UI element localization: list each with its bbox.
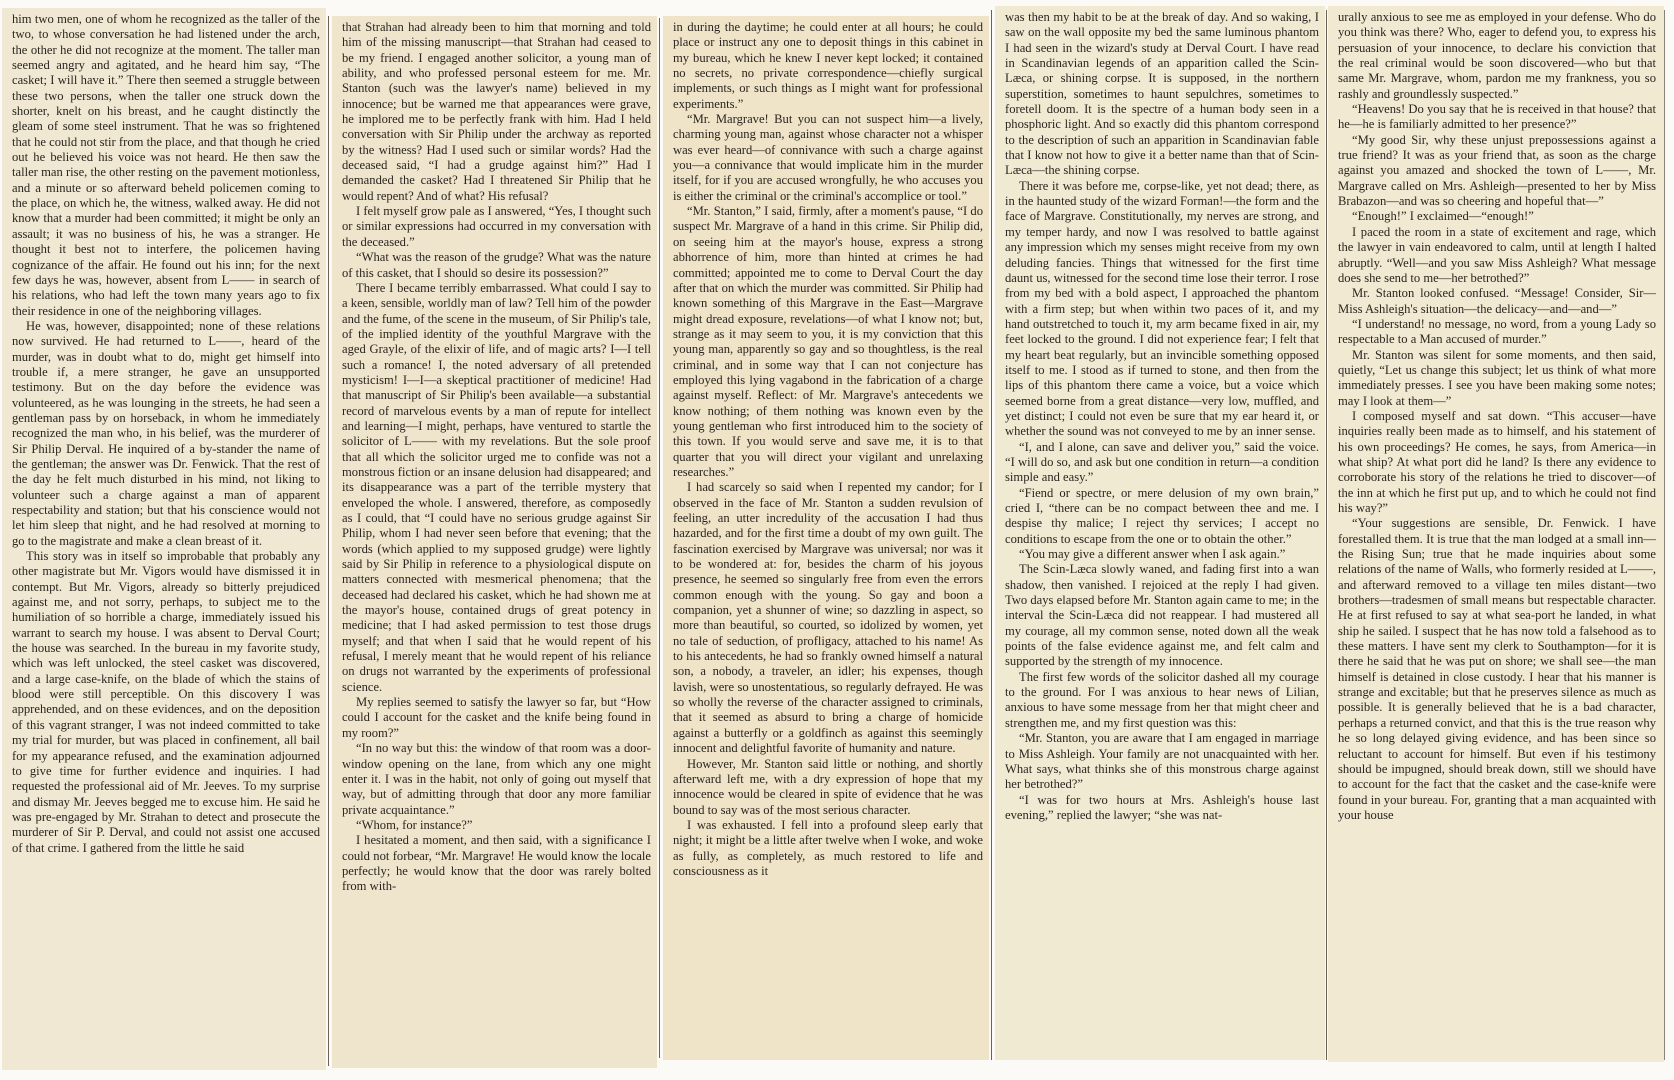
paragraph: “Mr. Margrave! But you can not suspect h… — [673, 112, 983, 204]
paragraph: There it was before me, corpse-like, yet… — [1005, 179, 1319, 440]
paragraph: “Whom, for instance?” — [342, 818, 651, 833]
paragraph: was then my habit to be at the break of … — [1005, 10, 1319, 179]
text-column-3: in during the daytime; he could enter at… — [663, 16, 989, 1060]
paragraph: “I was for two hours at Mrs. Ashleigh's … — [1005, 793, 1319, 824]
column-rule — [991, 10, 992, 1060]
paragraph: “Heavens! Do you say that he is received… — [1338, 102, 1656, 133]
paragraph: “Mr. Stanton, you are aware that I am en… — [1005, 731, 1319, 792]
paragraph: I had scarcely so said when I repented m… — [673, 480, 983, 756]
paragraph: “What was the reason of the grudge? What… — [342, 250, 651, 281]
text-column-4: was then my habit to be at the break of … — [995, 6, 1325, 1060]
paragraph: “Mr. Stanton,” I said, firmly, after a m… — [673, 204, 983, 480]
text-column-1: him two men, one of whom he recognized a… — [2, 8, 326, 1070]
paragraph: “I, and I alone, can save and deliver yo… — [1005, 440, 1319, 486]
paragraph: The Scin-Læca slowly waned, and fading f… — [1005, 562, 1319, 669]
paragraph: “I understand! no message, no word, from… — [1338, 317, 1656, 348]
paragraph: “Your suggestions are sensible, Dr. Fenw… — [1338, 516, 1656, 823]
paragraph: I was exhausted. I fell into a profound … — [673, 818, 983, 879]
column-rule — [1326, 10, 1327, 1060]
column-rule — [659, 18, 660, 1058]
paragraph: “Enough!” I exclaimed—“enough!” — [1338, 209, 1656, 224]
paragraph: There I became terribly embarrassed. Wha… — [342, 281, 651, 695]
column-rule — [328, 16, 329, 1066]
newspaper-page: him two men, one of whom he recognized a… — [0, 0, 1674, 1080]
paragraph: He was, however, disappointed; none of t… — [12, 319, 320, 549]
paragraph: “You may give a different answer when I … — [1005, 547, 1319, 562]
paragraph: I composed myself and sat down. “This ac… — [1338, 409, 1656, 516]
paragraph: I paced the room in a state of excitemen… — [1338, 225, 1656, 286]
paragraph: “In no way but this: the window of that … — [342, 741, 651, 818]
paragraph: that Strahan had already been to him tha… — [342, 20, 651, 204]
paragraph: I felt myself grow pale as I answered, “… — [342, 204, 651, 250]
paragraph: This story was in itself so improbable t… — [12, 549, 320, 856]
paragraph: The first few words of the solicitor das… — [1005, 670, 1319, 731]
paragraph: “Fiend or spectre, or mere delusion of m… — [1005, 486, 1319, 547]
paragraph: him two men, one of whom he recognized a… — [12, 12, 320, 319]
paragraph: “My good Sir, why these unjust preposses… — [1338, 133, 1656, 210]
column-rule — [1664, 10, 1665, 1060]
paragraph: I hesitated a moment, and then said, wit… — [342, 833, 651, 894]
paragraph: urally anxious to see me as employed in … — [1338, 10, 1656, 102]
paragraph: in during the daytime; he could enter at… — [673, 20, 983, 112]
paragraph: Mr. Stanton was silent for some moments,… — [1338, 348, 1656, 409]
paragraph: My replies seemed to satisfy the lawyer … — [342, 695, 651, 741]
paragraph: Mr. Stanton looked confused. “Message! C… — [1338, 286, 1656, 317]
text-column-2: that Strahan had already been to him tha… — [332, 16, 657, 1068]
text-column-5: urally anxious to see me as employed in … — [1328, 6, 1664, 1062]
paragraph: However, Mr. Stanton said little or noth… — [673, 757, 983, 818]
